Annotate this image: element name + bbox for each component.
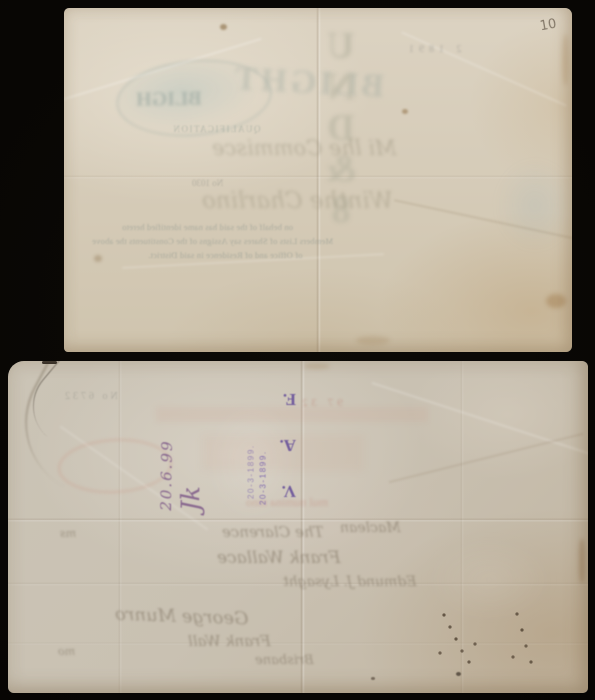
ghost-signature: ms <box>60 527 76 540</box>
crease-highlight <box>424 537 554 623</box>
ghost-paragraph-line: on behalf of the said has name identifie… <box>122 222 293 232</box>
ghost-oval-word: BLIGH <box>136 88 202 112</box>
ghost-title-word: BLIGHT <box>231 60 385 106</box>
ghost-handwriting-line: Mi lhe Commisce <box>212 136 396 160</box>
stamp-date: 20-3-1899. <box>246 385 255 499</box>
ghost-serial-number: No 6732 <box>62 391 118 402</box>
ink-smudge <box>496 160 572 250</box>
stamp-initials: V. A. F. <box>279 389 296 505</box>
ghost-letter: 8 <box>332 190 351 231</box>
stamp-initial: F. <box>279 389 296 409</box>
crease <box>64 175 572 179</box>
ghost-letter: D <box>327 108 354 149</box>
stain <box>356 336 390 345</box>
crease-highlight <box>204 397 300 525</box>
ghost-oval-logo: BLIGH <box>113 53 275 142</box>
ghost-qualification-word: QUALIFICATION <box>172 124 261 134</box>
ghost-letter: & <box>325 149 357 190</box>
crease <box>122 253 384 269</box>
stamp-dates: 20-3-1899. 20-3-1899. <box>246 385 267 505</box>
ghost-red-text-line: mul numina mno <box>246 495 328 510</box>
crease <box>460 361 464 693</box>
stain <box>546 294 566 308</box>
pencil-annotation: 10 <box>539 17 558 35</box>
crease <box>401 31 566 106</box>
ghost-signature: mo <box>58 645 75 658</box>
ghost-signature: Maclean <box>340 520 401 536</box>
crease <box>372 382 588 458</box>
ghost-signature: Brisbane <box>255 653 314 668</box>
stain <box>402 109 408 114</box>
corner-fold-crease <box>8 361 123 487</box>
ghost-signature: George Munro <box>115 604 249 630</box>
crease <box>60 426 209 531</box>
crease <box>394 199 572 243</box>
stain <box>220 24 227 30</box>
stamp-initial: V. <box>279 481 296 501</box>
handwritten-note: Jk 20.6.99 <box>157 391 207 512</box>
stain <box>371 677 375 680</box>
ghost-vertical-letters: U N D & 8 <box>316 26 366 231</box>
photo-scene: 2 1891 BLIGH BLIGHT U N D & 8 QUALIFICAT… <box>0 0 595 700</box>
ghost-handwriting-line: Winthe Charlino <box>202 188 393 214</box>
top-document: 2 1891 BLIGH BLIGHT U N D & 8 QUALIFICAT… <box>64 8 572 352</box>
crease <box>118 361 122 693</box>
ghost-serial-number: 97 32 <box>298 397 343 409</box>
stain <box>456 672 461 676</box>
ghost-paragraph-line: Members Lists of Shares say Assigns of t… <box>92 236 333 246</box>
stain <box>562 34 569 86</box>
crease <box>389 433 584 483</box>
stain <box>579 539 585 583</box>
crease <box>316 8 321 352</box>
ghost-letter: U <box>327 26 354 67</box>
ghost-red-printing <box>156 407 428 422</box>
ghost-red-printing <box>202 435 364 471</box>
stamp-date: 20-3-1899. <box>258 385 267 505</box>
handwritten-monogram: Jk <box>176 391 207 511</box>
crease <box>8 642 588 645</box>
edge-nick <box>42 361 57 364</box>
stain <box>304 363 330 369</box>
crease <box>8 582 588 586</box>
crease <box>64 38 261 104</box>
ghost-small-word: No 1030 <box>192 178 223 188</box>
rubber-stamp: V. A. F. 20-3-1899. 20-3-1899. <box>202 385 296 505</box>
stamp-initial: A. <box>279 435 296 455</box>
ghost-letter: N <box>327 67 354 108</box>
stain <box>94 255 102 262</box>
fiber-mark <box>16 361 96 437</box>
ghost-signature: Frank Wallace <box>217 548 340 568</box>
crease <box>300 361 305 693</box>
ghost-red-oval <box>57 436 174 496</box>
ghost-paragraph-line: of Office and of Residence in said Distr… <box>148 250 303 260</box>
pinholes <box>8 361 10 363</box>
ghost-serial-number: 2 1891 <box>404 44 462 55</box>
crease <box>8 518 588 522</box>
handwritten-date: 20.6.99 <box>157 391 177 511</box>
ghost-signature: Edmund J. Lysaght <box>283 574 416 590</box>
bottom-document: No 6732 97 32 mul numina mno V. A. F. 20… <box>8 361 588 693</box>
ghost-signature: The Clarence <box>222 523 324 541</box>
ghost-signature: Frank Wall <box>188 632 271 650</box>
